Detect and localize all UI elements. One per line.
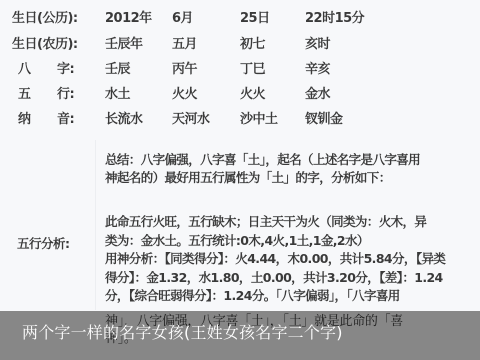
month-value: 6月 — [172, 8, 193, 30]
wuxing-analysis-body: 此命五行火旺，五行缺木；日主天干为火（同类为：火木，异 类为：金水土。五行统计:… — [105, 213, 475, 306]
summary-line: 神起名的）最好用五行属性为「土」的字，分析如下： — [105, 169, 475, 187]
summary-line: 总结：八字偏强，八字喜「土」，起名（上述名字是八字喜用 — [105, 151, 475, 169]
hour-value: 亥时 — [305, 34, 330, 56]
row-label-part-a: 八 — [18, 59, 31, 81]
year-value: 壬辰年 — [105, 34, 143, 56]
hour-value: 辛亥 — [305, 59, 330, 81]
analysis-line: 分，【综合旺弱得分】：1.24分。「八字偏弱」，「八字喜用 — [105, 287, 475, 306]
day-value: 丁巳 — [240, 59, 265, 81]
month-value: 火火 — [172, 84, 197, 106]
month-value: 丙午 — [172, 59, 197, 81]
row-solar-birthday: 生日(公历): 2012年 6月 25日 22时15分 — [0, 8, 480, 30]
analysis-line: 类为：金水土。五行统计:0木,4火,1土,1金,2水） — [105, 232, 475, 251]
row-label-part-a: 纳 — [18, 109, 31, 131]
row-label-part-b: 字: — [57, 59, 74, 81]
image-caption: 两个字一样的名字女孩(王姓女孩名字二个字) — [22, 320, 480, 343]
month-value: 天河水 — [172, 109, 210, 131]
analysis-line: 得分】：金1.32，水1.80，土0.00，共计3.20分，【差】：1.24 — [105, 269, 475, 288]
day-value: 初七 — [240, 34, 265, 56]
row-lunar-birthday: 生日(农历): 壬辰年 五月 初七 亥时 — [0, 34, 480, 56]
day-value: 25日 — [240, 8, 270, 30]
day-value: 沙中土 — [240, 109, 278, 131]
analysis-line: 用神分析：【同类得分】：火4.44，木0.00，共计5.84分，【异类 — [105, 250, 475, 269]
row-wuxing: 五 行: 水土 火火 火火 金水 — [0, 84, 480, 106]
day-value: 火火 — [240, 84, 265, 106]
summary-text: 总结：八字偏强，八字喜「土」，起名（上述名字是八字喜用 神起名的）最好用五行属性… — [105, 151, 475, 187]
year-value: 2012年 — [105, 8, 152, 30]
row-nayin: 纳 音: 长流水 天河水 沙中土 钗钏金 — [0, 109, 480, 131]
column-divider — [95, 140, 96, 310]
year-value: 水土 — [105, 84, 130, 106]
row-label-part-a: 五 — [18, 84, 31, 106]
year-value: 长流水 — [105, 109, 143, 131]
hour-value: 金水 — [305, 84, 330, 106]
row-label: 生日(公历): — [12, 8, 78, 30]
row-label-part-b: 行: — [57, 84, 74, 106]
bazi-name-analysis-page: 生日(公历): 2012年 6月 25日 22时15分 生日(农历): 壬辰年 … — [0, 0, 480, 360]
wuxing-analysis-label: 五行分析: — [17, 234, 70, 252]
row-label: 生日(农历): — [12, 34, 78, 56]
row-bazi: 八 字: 壬辰 丙午 丁巳 辛亥 — [0, 59, 480, 81]
hour-value: 22时15分 — [305, 8, 364, 30]
year-value: 壬辰 — [105, 59, 130, 81]
row-label-part-b: 音: — [57, 109, 74, 131]
hour-value: 钗钏金 — [305, 109, 343, 131]
month-value: 五月 — [172, 34, 197, 56]
analysis-line: 此命五行火旺，五行缺木；日主天干为火（同类为：火木，异 — [105, 213, 475, 232]
